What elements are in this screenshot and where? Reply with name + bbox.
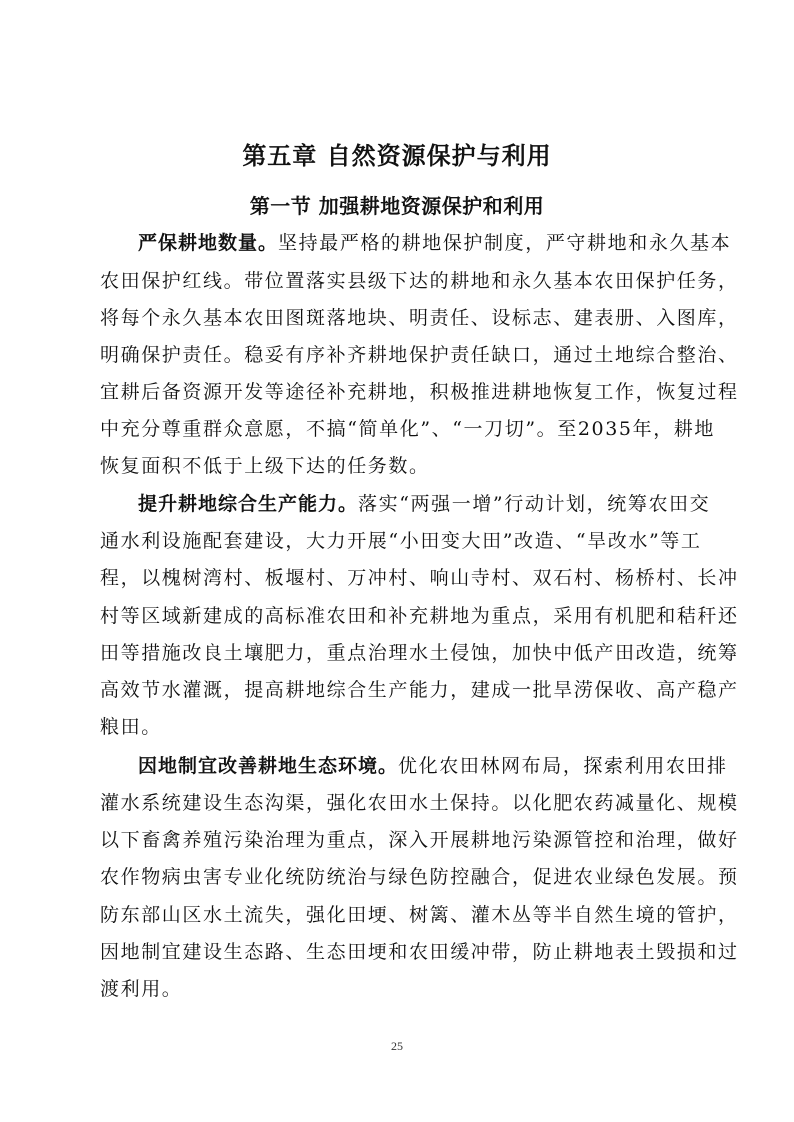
- paragraph-line: 提升耕地综合生产能力。落实“两强一增”行动计划，统筹农田交: [138, 491, 696, 517]
- paragraph-line: 恢复面积不低于上级下达的任务数。: [100, 453, 696, 479]
- paragraph-line: 渡利用。: [100, 976, 696, 1002]
- paragraph-line: 田等措施改良土壤肥力，重点治理水土侵蚀，加快中低产田改造，统筹: [100, 640, 696, 666]
- paragraph-line: 宜耕后备资源开发等途径补充耕地，积极推进耕地恢复工作，恢复过程: [100, 379, 696, 405]
- section-title: 第一节 加强耕地资源保护和利用: [0, 192, 794, 220]
- paragraph-lead: 提升耕地综合生产能力。: [138, 493, 358, 515]
- paragraph-line: 中充分尊重群众意愿，不搞“简单化”、“一刀切”。至2035年，耕地: [100, 416, 696, 442]
- chapter-title: 第五章 自然资源保护与利用: [0, 140, 794, 172]
- paragraph-line: 农作物病虫害专业化统防统治与绿色防控融合，促进农业绿色发展。预: [100, 864, 696, 890]
- paragraph-line: 通水利设施配套建设，大力开展“小田变大田”改造、“旱改水”等工: [100, 528, 696, 554]
- paragraph-line: 因地制宜建设生态路、生态田埂和农田缓冲带，防止耕地表土毁损和过: [100, 939, 696, 965]
- paragraph-lead: 严保耕地数量。: [138, 232, 278, 254]
- document-page: 第五章 自然资源保护与利用 第一节 加强耕地资源保护和利用 严保耕地数量。坚持最…: [0, 0, 794, 1122]
- paragraph-line: 灌水系统建设生态沟渠，强化农田水土保持。以化肥农药减量化、规模: [100, 790, 696, 816]
- paragraph-line: 高效节水灌溉，提高耕地综合生产能力，建成一批旱涝保收、高产稳产: [100, 677, 696, 703]
- paragraph-line: 因地制宜改善耕地生态环境。优化农田林网布局，探索利用农田排: [138, 753, 696, 779]
- paragraph-line: 程，以槐树湾村、板堰村、万冲村、响山寺村、双石村、杨桥村、长冲: [100, 565, 696, 591]
- paragraph-lead: 因地制宜改善耕地生态环境。: [138, 755, 398, 777]
- paragraph-line: 粮田。: [100, 714, 696, 740]
- paragraph-line: 严保耕地数量。坚持最严格的耕地保护制度，严守耕地和永久基本: [138, 230, 696, 256]
- paragraph-line: 村等区域新建成的高标准农田和补充耕地为重点，采用有机肥和秸秆还: [100, 603, 696, 629]
- paragraph-line: 以下畜禽养殖污染治理为重点，深入开展耕地污染源管控和治理，做好: [100, 827, 696, 853]
- page-number: 25: [0, 1038, 794, 1054]
- paragraph-line: 农田保护红线。带位置落实县级下达的耕地和永久基本农田保护任务，: [100, 268, 696, 294]
- paragraph-line: 将每个永久基本农田图斑落地块、明责任、设标志、建表册、入图库，: [100, 305, 696, 331]
- paragraph-line: 明确保护责任。稳妥有序补齐耕地保护责任缺口，通过土地综合整治、: [100, 342, 696, 368]
- paragraph-line: 防东部山区水土流失，强化田埂、树篱、灌木丛等半自然生境的管护，: [100, 902, 696, 928]
